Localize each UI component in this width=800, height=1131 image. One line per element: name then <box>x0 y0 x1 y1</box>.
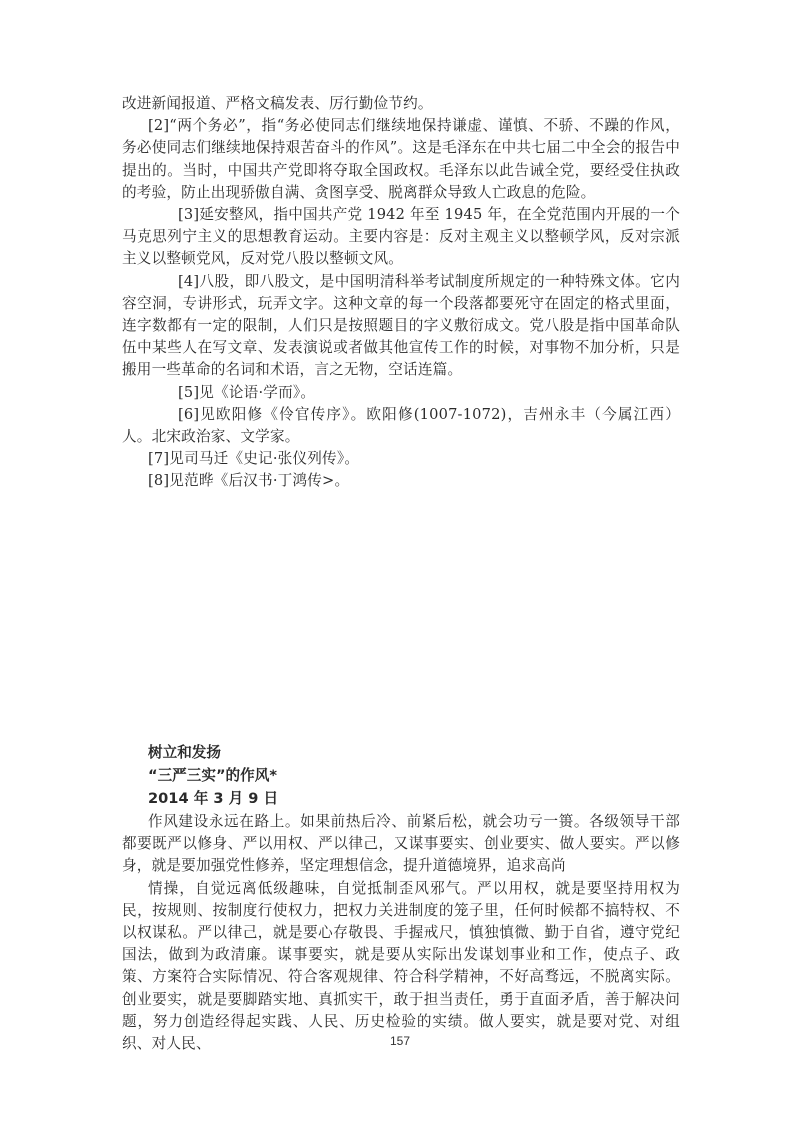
article-body: 作风建设永远在路上。如果前热后冷、前紧后松，就会功亏一篑。各级领导干部都要既严以… <box>122 811 680 1055</box>
endnote-7: [7]见司马迁《史记·张仪列传》。 <box>122 448 680 470</box>
page-number: 157 <box>0 1034 800 1048</box>
article-date: 2014 年 3 月 9 日 <box>148 787 278 810</box>
article-heading: 树立和发扬 “三严三实”的作风* 2014 年 3 月 9 日 <box>148 741 278 810</box>
article-paragraph-1: 作风建设永远在路上。如果前热后冷、前紧后松，就会功亏一篑。各级领导干部都要既严以… <box>122 811 680 878</box>
endnote-4: [4]八股，即八股文，是中国明清科举考试制度所规定的一种特殊文体。它内容空洞，专… <box>122 271 680 382</box>
document-page: 改进新闻报道、严格文稿发表、厉行勤俭节约。 [2]“两个务必”，指“务必使同志们… <box>0 0 800 1131</box>
article-paragraph-2: 情操，自觉远离低级趣味，自觉抵制歪风邪气。严以用权，就是要坚持用权为民，按规则、… <box>122 878 680 1056</box>
endnote-6: [6]见欧阳修《伶官传序》。欧阳修(1007-1072)，吉州永丰（今属江西）人… <box>122 404 680 448</box>
endnote-2: [2]“两个务必”，指“务必使同志们继续地保持谦虚、谨慎、不骄、不躁的作风，务必… <box>122 115 680 204</box>
article-title-line-1: 树立和发扬 <box>148 741 278 764</box>
endnote-5: [5]见《论语·学而》。 <box>122 382 680 404</box>
endnotes-section: 改进新闻报道、严格文稿发表、厉行勤俭节约。 [2]“两个务必”，指“务必使同志们… <box>122 93 680 493</box>
endnote-8: [8]见范晔《后汉书·丁鸿传>。 <box>122 470 680 492</box>
endnote-3: [3]延安整风，指中国共产党 1942 年至 1945 年，在全党范围内开展的一… <box>122 204 680 271</box>
endnote-continuation: 改进新闻报道、严格文稿发表、厉行勤俭节约。 <box>122 93 680 115</box>
article-title-line-2: “三严三实”的作风* <box>148 764 278 787</box>
